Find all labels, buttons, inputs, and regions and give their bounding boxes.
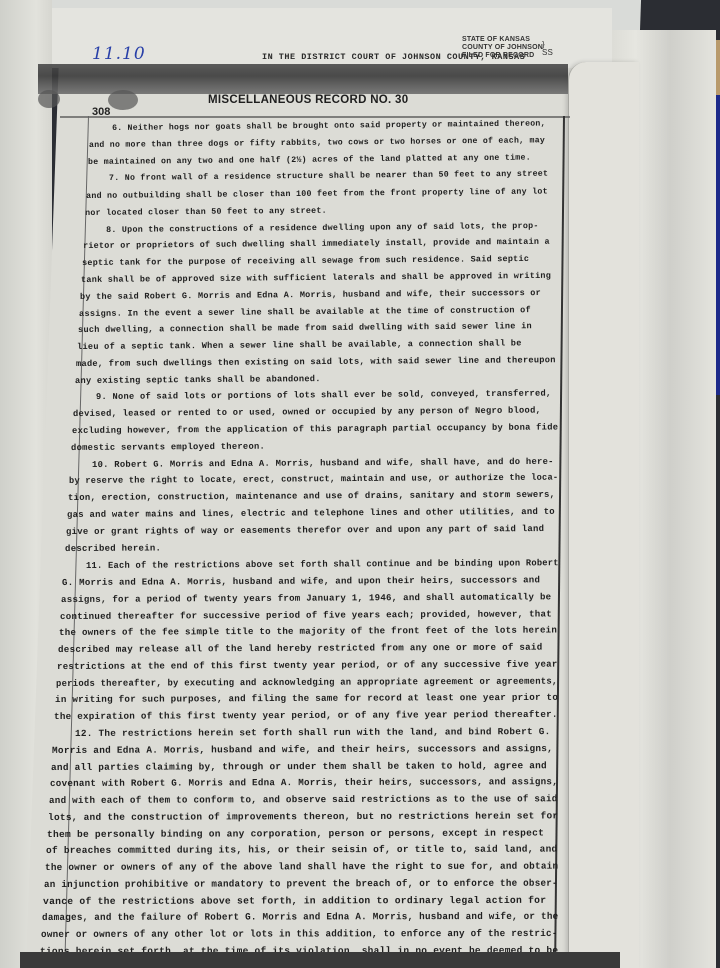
document-line: 11. Each of the restrictions above set f… bbox=[86, 557, 543, 571]
document-line: 10. Robert G. Morris and Edna A. Morris,… bbox=[92, 456, 559, 469]
document-line: the owners of the fee simple title to th… bbox=[59, 625, 555, 639]
document-line: them be personally binding on any corpor… bbox=[47, 827, 558, 840]
document-line: assigns, for a period of twenty years fr… bbox=[61, 591, 557, 605]
document-line: lots, and the construction of improvemen… bbox=[48, 810, 555, 823]
document-body: 6. Neither hogs nor goats shall be broug… bbox=[0, 0, 720, 968]
document-line: any existing septic tanks shall be aband… bbox=[75, 372, 559, 386]
document-line: 9. None of said lots or portions of lots… bbox=[96, 389, 559, 403]
document-line: rietor or proprietors of such dwelling s… bbox=[83, 237, 558, 251]
document-line: in writing for such purposes, and filing… bbox=[55, 692, 554, 705]
document-line: 8. Upon the constructions of a residence… bbox=[106, 220, 558, 234]
document-line: lieu of a septic tank. When a sewer line… bbox=[77, 338, 559, 352]
document-line: gas and water mains and lines, electric … bbox=[67, 507, 558, 520]
document-line: by the said Robert G. Morris and Edna A.… bbox=[80, 288, 558, 302]
document-line: give or grant rights of way or easements… bbox=[66, 523, 558, 536]
document-line: and no outbuilding shall be closer than … bbox=[86, 186, 558, 201]
document-line: Morris and Edna A. Morris, husband and w… bbox=[52, 743, 558, 756]
document-line: septic tank for the purpose of receiving… bbox=[82, 254, 558, 268]
document-line: excluding however, from the application … bbox=[72, 422, 559, 436]
document-line: assigns. In the event a sewer line shall… bbox=[79, 304, 558, 318]
document-line: vance of the restrictions above set fort… bbox=[43, 895, 558, 907]
document-line: and no more than three dogs or fifty rab… bbox=[89, 136, 558, 150]
document-line: devised, leased or rented to or used, ow… bbox=[73, 406, 559, 420]
document-line: such dwelling, a connection shall be mad… bbox=[78, 321, 559, 335]
document-line: tank shall be of approved size with suff… bbox=[81, 271, 558, 285]
document-line: and with each of them to conform to, and… bbox=[49, 793, 543, 806]
document-line: restrictions at the end of this first tw… bbox=[57, 658, 549, 671]
document-line: of breaches committed during its, his, o… bbox=[46, 844, 553, 856]
document-line: made, from such dwellings then existing … bbox=[76, 355, 559, 369]
document-line: damages, and the failure of Robert G. Mo… bbox=[42, 911, 534, 923]
document-line: described herein. bbox=[65, 540, 558, 554]
document-line: domestic servants employed thereon. bbox=[71, 439, 559, 452]
document-line: the expiration of this first twenty year… bbox=[54, 709, 553, 722]
document-line: owner or owners of any other lot or lots… bbox=[41, 928, 532, 940]
document-line: be maintained on any two and one half (2… bbox=[88, 153, 558, 167]
document-line: nor located closer than 50 feet to any s… bbox=[85, 203, 558, 218]
document-line: by reserve the right to locate, erect, c… bbox=[69, 473, 546, 486]
document-line: continued thereafter for successive peri… bbox=[60, 608, 557, 622]
document-line: an injunction prohibitive or mandatory t… bbox=[44, 878, 535, 890]
document-line: covenant with Robert G. Morris and Edna … bbox=[50, 776, 544, 789]
document-line: 6. Neither hogs nor goats shall be broug… bbox=[112, 119, 558, 133]
document-line: the owner or owners of any of the above … bbox=[45, 861, 542, 873]
document-line: periods thereafter, by executing and ack… bbox=[56, 675, 537, 688]
document-line: G. Morris and Edna A. Morris, husband an… bbox=[62, 574, 557, 588]
page-bottom-shadow bbox=[20, 952, 620, 968]
document-line: described may release all of the land he… bbox=[58, 642, 557, 655]
document-line: 12. The restrictions herein set forth sh… bbox=[75, 726, 557, 739]
document-line: tion, erection, construction, maintenanc… bbox=[68, 490, 559, 503]
document-line: 7. No front wall of a residence structur… bbox=[109, 170, 558, 183]
document-line: and all parties claiming by, through or … bbox=[51, 760, 558, 773]
